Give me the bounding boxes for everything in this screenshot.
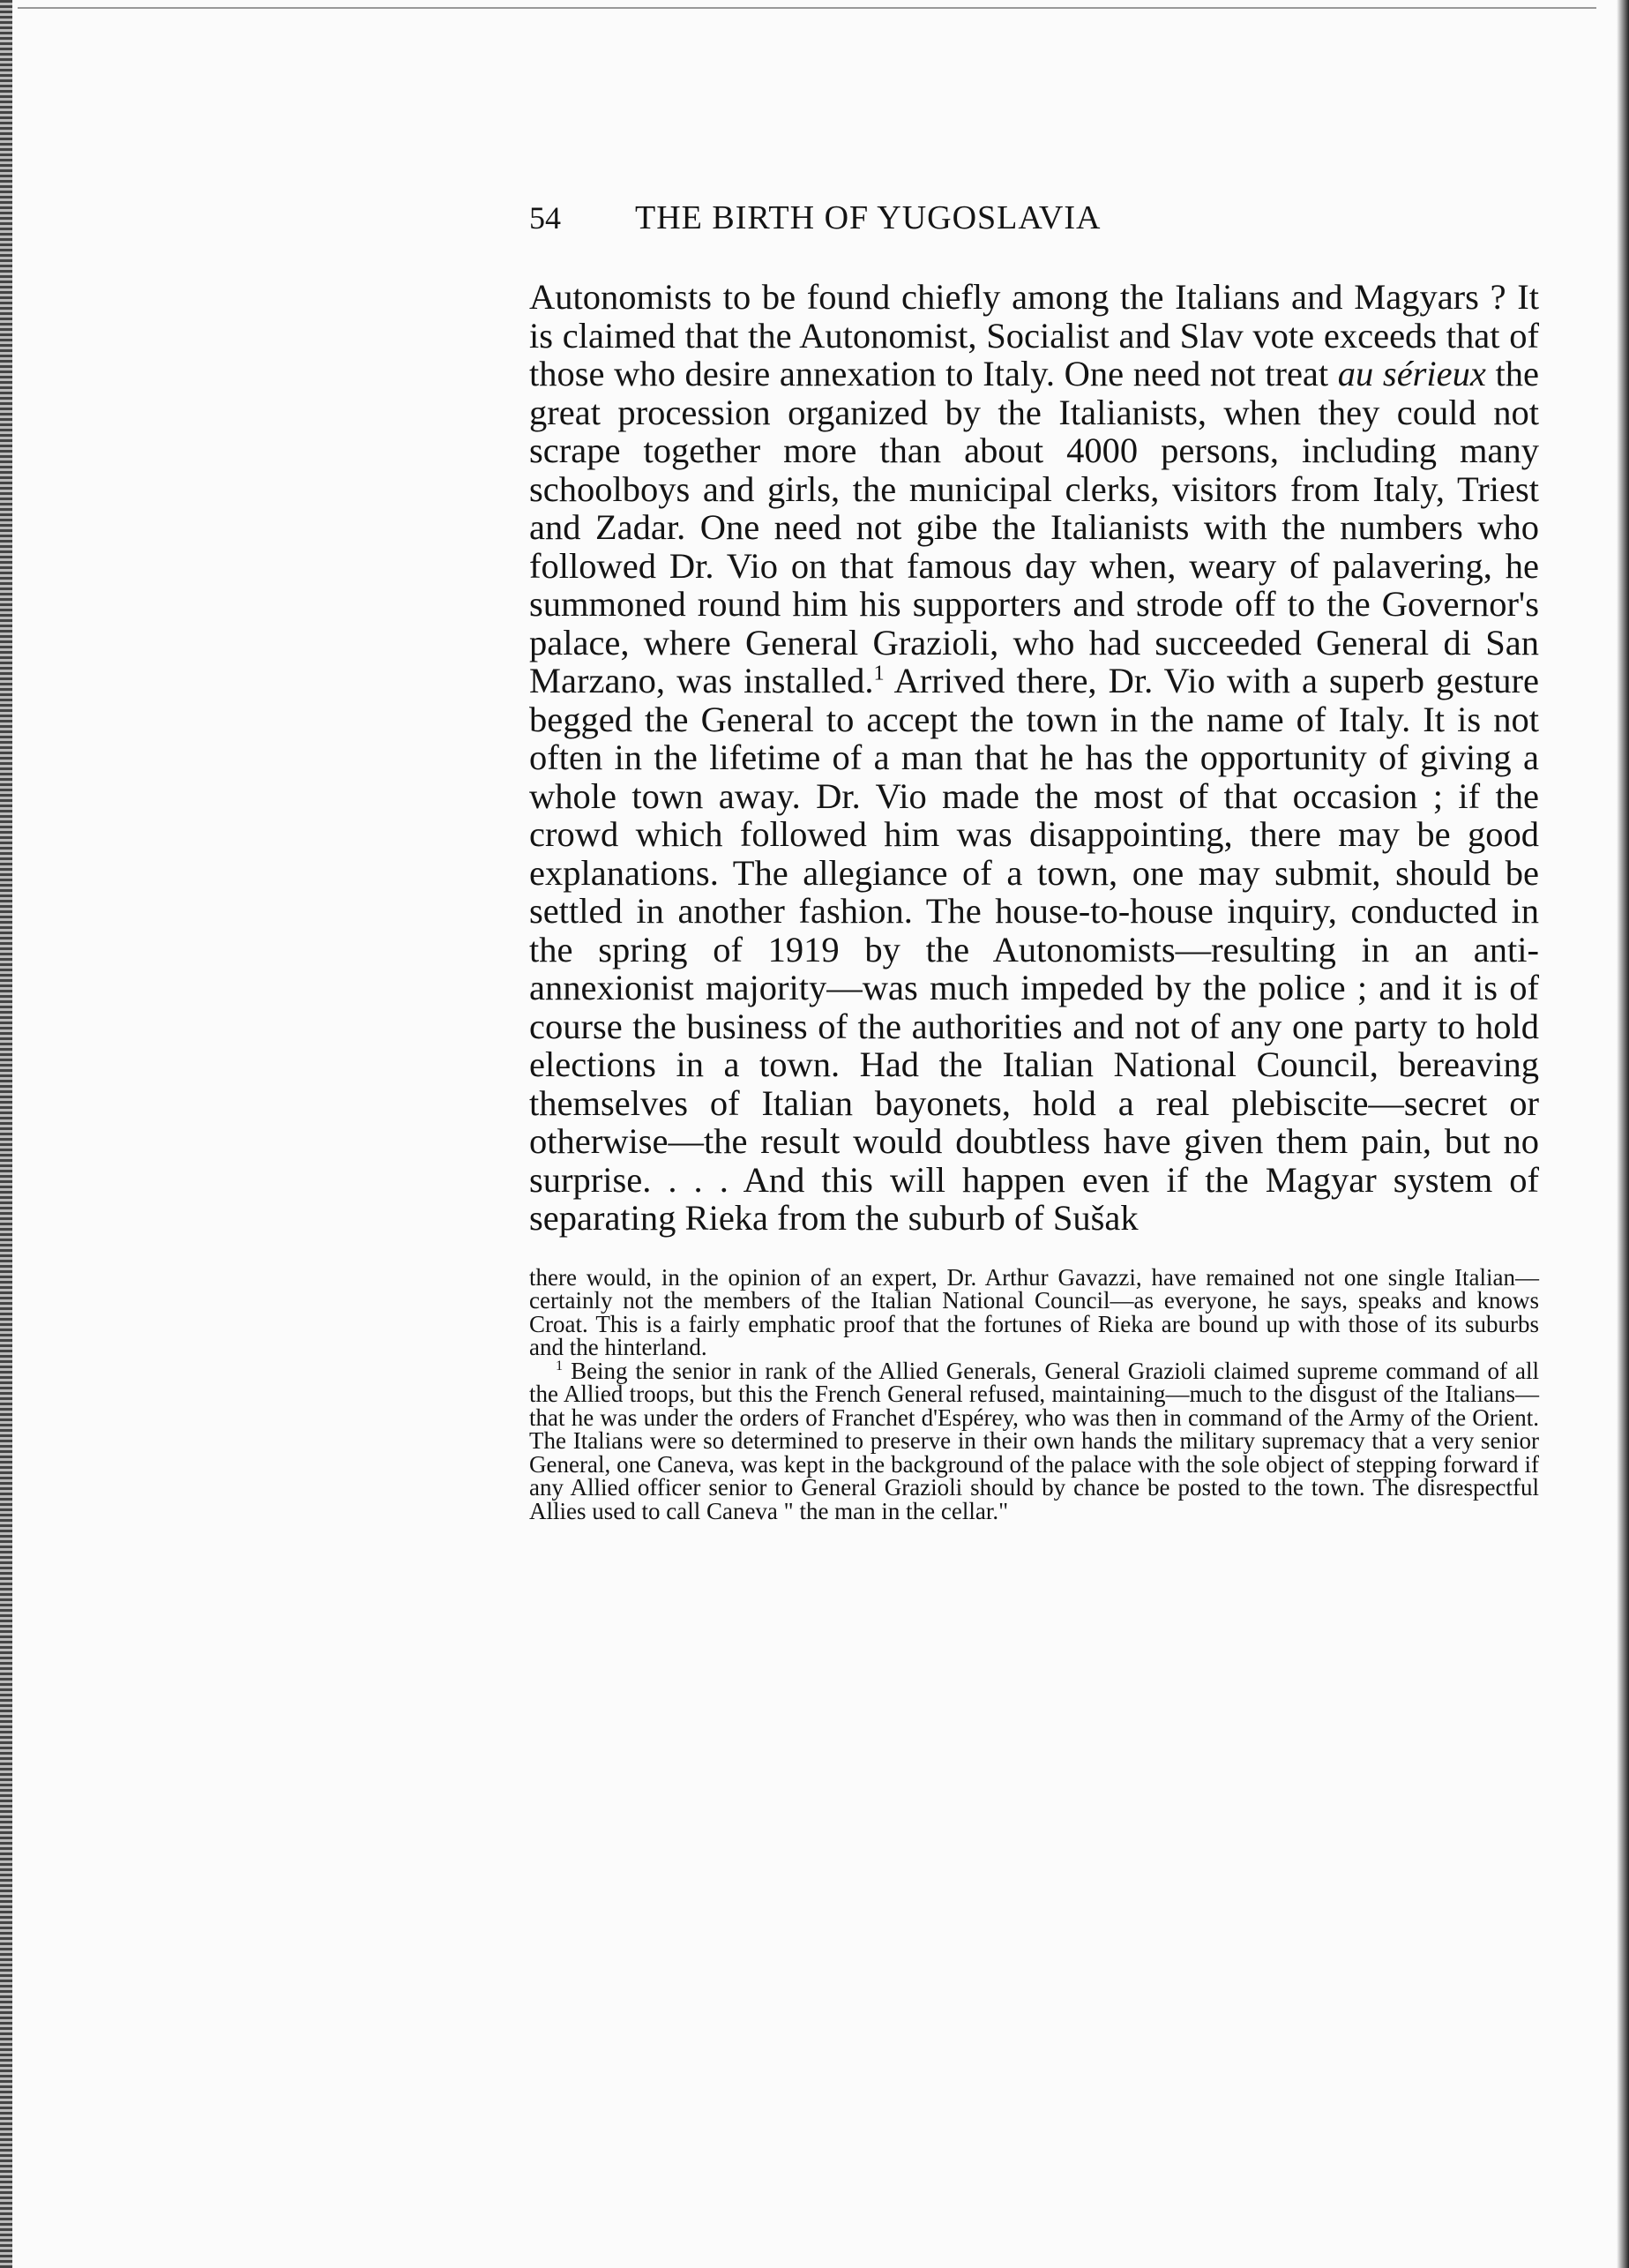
book-page: 54 THE BIRTH OF YUGOSLAVIA Autonomists t… [529,198,1539,1523]
body-text: Autonomists to be found chiefly among th… [529,278,1539,1238]
page-number: 54 [529,199,635,236]
running-head: 54 THE BIRTH OF YUGOSLAVIA [529,198,1539,260]
body-paragraph: Autonomists to be found chiefly among th… [529,278,1539,1238]
footnote-continued: there would, in the opinion of an expert… [529,1266,1539,1359]
footnote-reference: 1 [874,662,885,685]
italic-phrase: au sérieux [1338,354,1486,393]
running-title: THE BIRTH OF YUGOSLAVIA [635,198,1101,237]
scan-right-edge [1617,0,1629,2268]
scan-top-edge [18,7,1596,9]
footnote-marker: 1 [556,1358,563,1374]
footnote-1: 1 Being the senior in rank of the Allied… [529,1359,1539,1523]
footnotes: there would, in the opinion of an expert… [529,1266,1539,1523]
scan-binding-edge [0,0,12,2268]
